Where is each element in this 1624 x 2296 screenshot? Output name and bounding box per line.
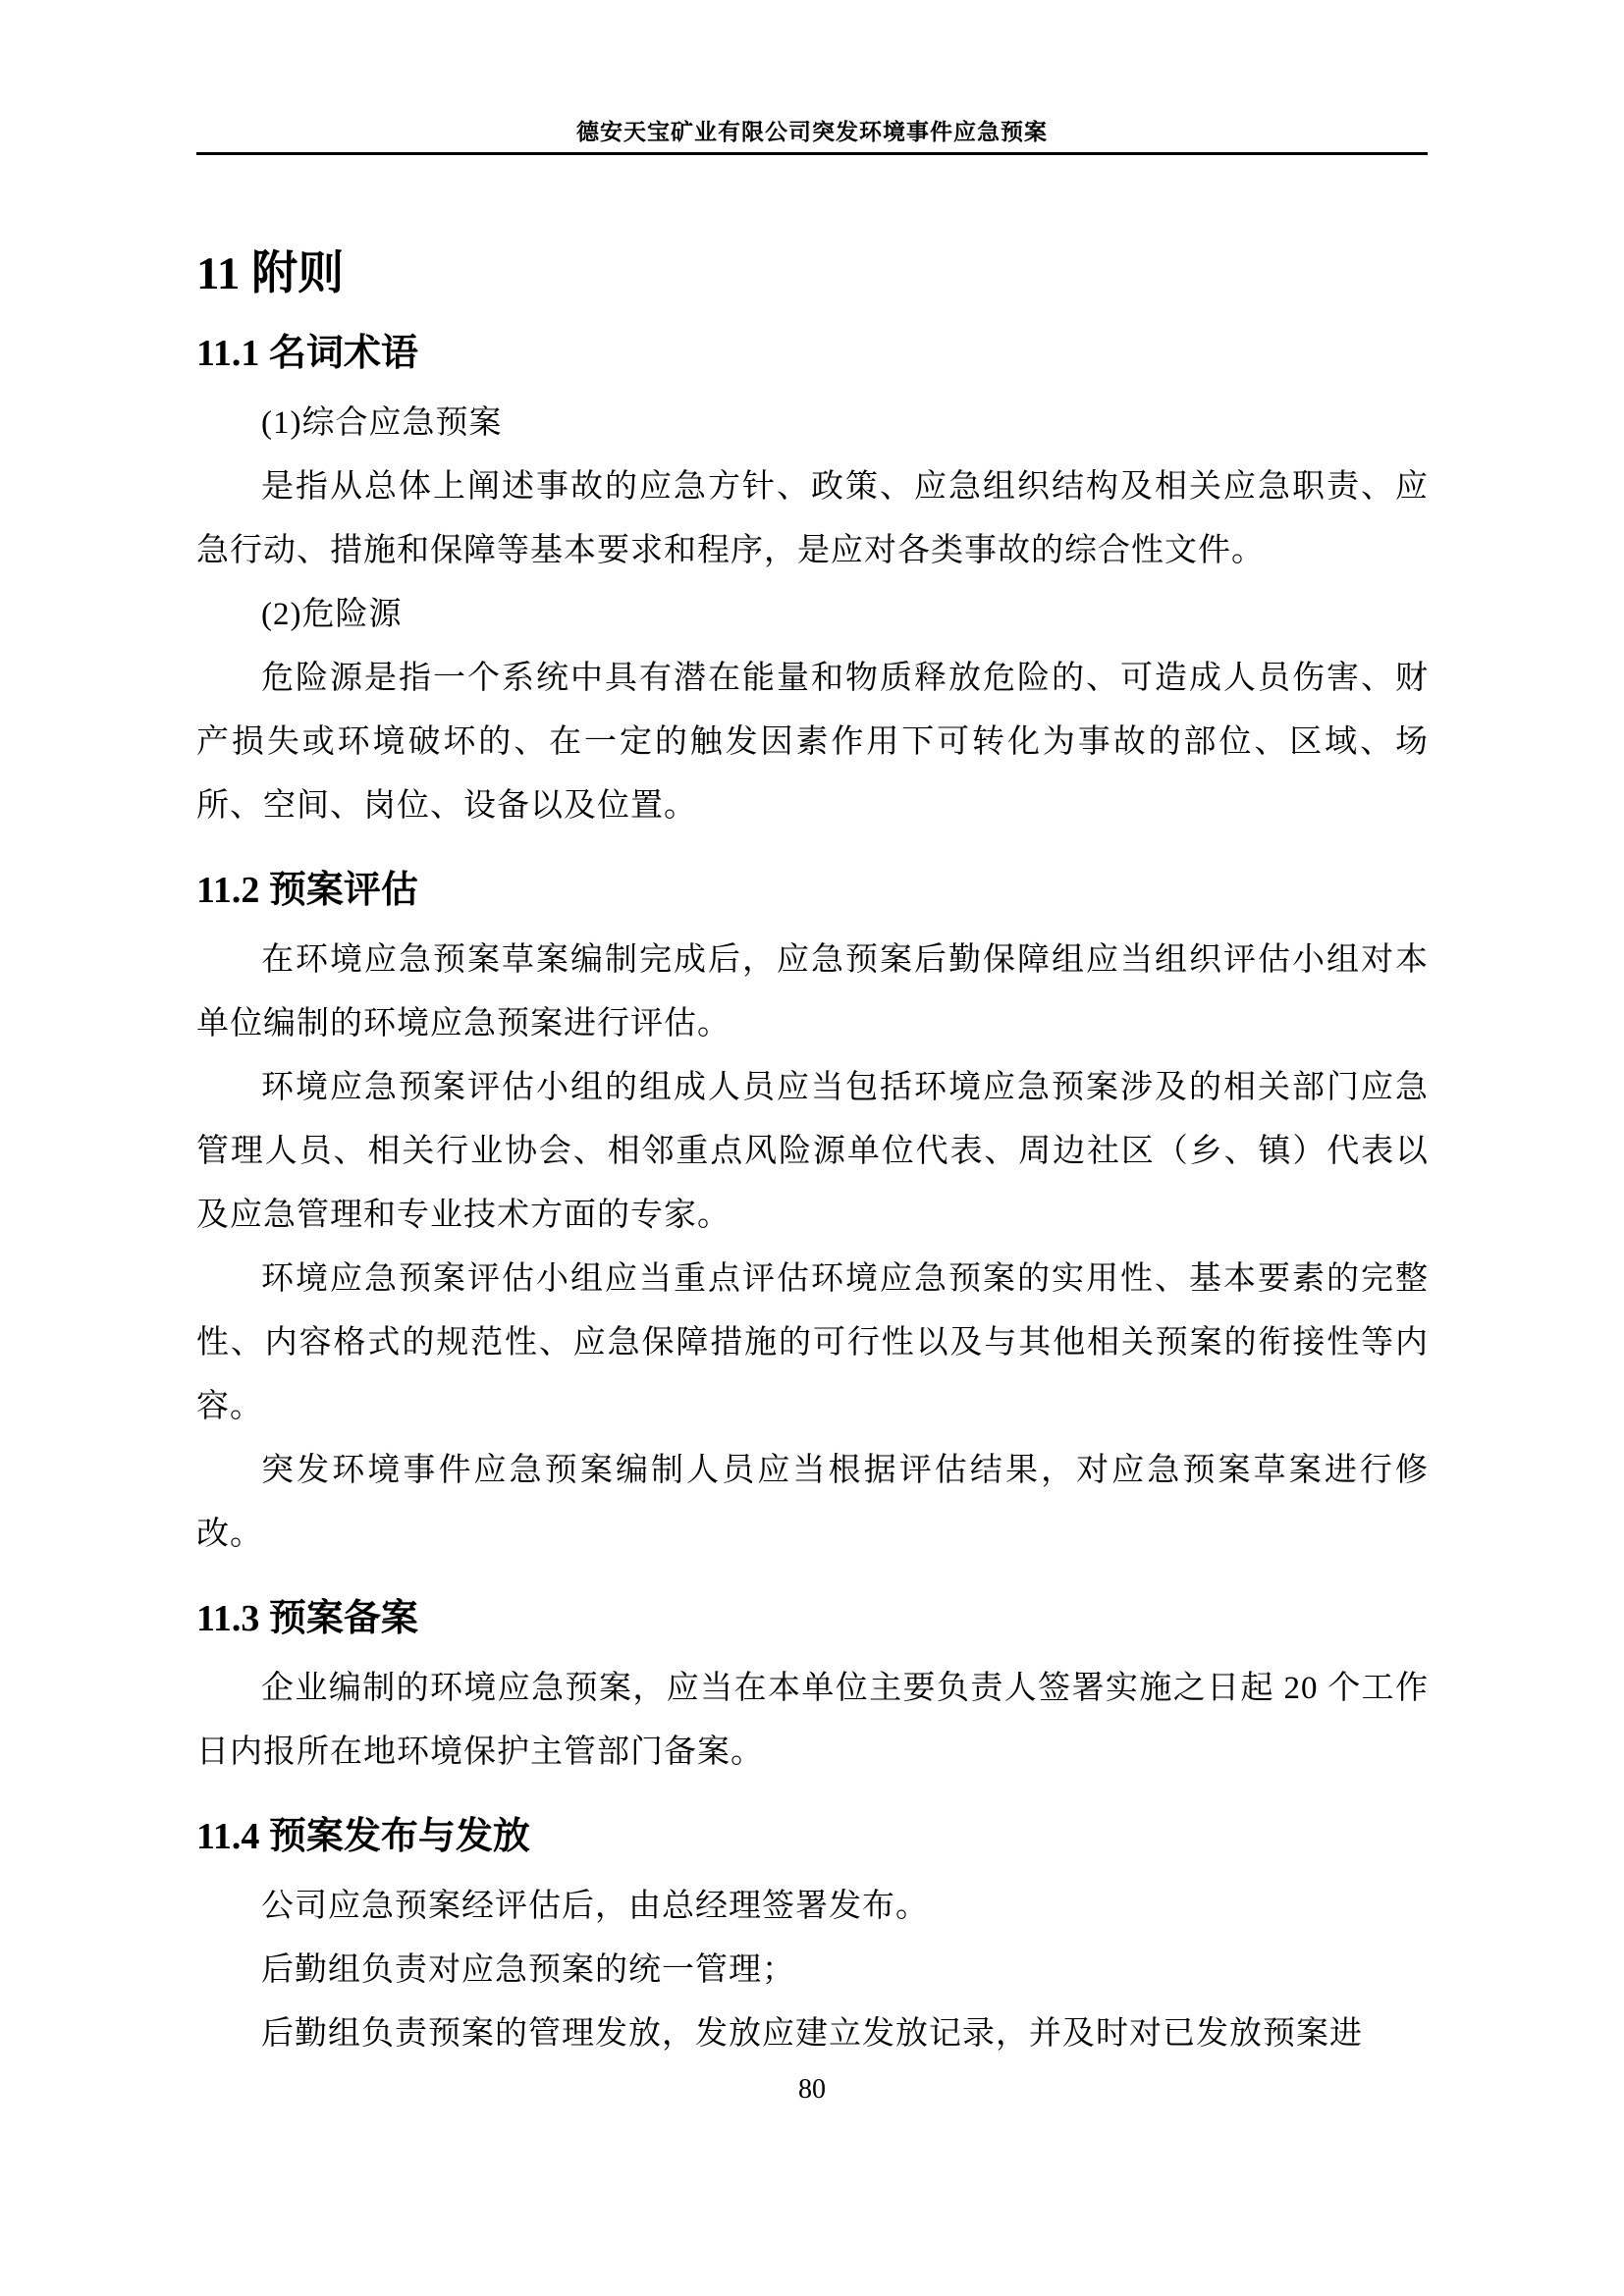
chapter-title: 11 附则 [196, 246, 1429, 301]
page-number: 80 [0, 2073, 1624, 2107]
paragraph: 在环境应急预案草案编制完成后，应急预案后勤保障组应当组织评估小组对本单位编制的环… [196, 929, 1429, 1056]
document-page: 德安天宝矿业有限公司突发环境事件应急预案 11 附则 11.1 名词术语 (1)… [0, 0, 1624, 2296]
section-terms: 11.1 名词术语 (1)综合应急预案 是指从总体上阐述事故的应急方针、政策、应… [196, 331, 1429, 838]
section-heading-plan-filing: 11.3 预案备案 [196, 1596, 1429, 1641]
section-plan-filing: 11.3 预案备案 企业编制的环境应急预案，应当在本单位主要负责人签署实施之日起… [196, 1596, 1429, 1785]
paragraph: (1)综合应急预案 [196, 392, 1429, 455]
paragraph: 公司应急预案经评估后，由总经理签署发布。 [196, 1875, 1429, 1939]
paragraph: 环境应急预案评估小组应当重点评估环境应急预案的实用性、基本要素的完整性、内容格式… [196, 1248, 1429, 1439]
section-plan-release: 11.4 预案发布与发放 公司应急预案经评估后，由总经理签署发布。 后勤组负责对… [196, 1814, 1429, 2066]
paragraph: 后勤组负责对应急预案的统一管理； [196, 1939, 1429, 2002]
paragraph: 环境应急预案评估小组的组成人员应当包括环境应急预案涉及的相关部门应急管理人员、相… [196, 1056, 1429, 1248]
paragraph: 突发环境事件应急预案编制人员应当根据评估结果，对应急预案草案进行修改。 [196, 1439, 1429, 1567]
paragraph: 是指从总体上阐述事故的应急方针、政策、应急组织结构及相关应急职责、应急行动、措施… [196, 455, 1429, 583]
header-title: 德安天宝矿业有限公司突发环境事件应急预案 [196, 118, 1428, 147]
page-header: 德安天宝矿业有限公司突发环境事件应急预案 [196, 0, 1428, 155]
paragraph: (2)危险源 [196, 583, 1429, 647]
paragraph: 后勤组负责预案的管理发放，发放应建立发放记录，并及时对已发放预案进 [196, 2002, 1429, 2066]
paragraph: 危险源是指一个系统中具有潜在能量和物质释放危险的、可造成人员伤害、财产损失或环境… [196, 647, 1429, 838]
paragraph: 企业编制的环境应急预案，应当在本单位主要负责人签署实施之日起 20 个工作日内报… [196, 1657, 1429, 1785]
document-content: 11 附则 11.1 名词术语 (1)综合应急预案 是指从总体上阐述事故的应急方… [196, 246, 1429, 2066]
header-rule [196, 152, 1428, 155]
section-heading-plan-evaluation: 11.2 预案评估 [196, 868, 1429, 913]
section-plan-evaluation: 11.2 预案评估 在环境应急预案草案编制完成后，应急预案后勤保障组应当组织评估… [196, 868, 1429, 1567]
section-heading-terms: 11.1 名词术语 [196, 331, 1429, 376]
section-heading-plan-release: 11.4 预案发布与发放 [196, 1814, 1429, 1859]
